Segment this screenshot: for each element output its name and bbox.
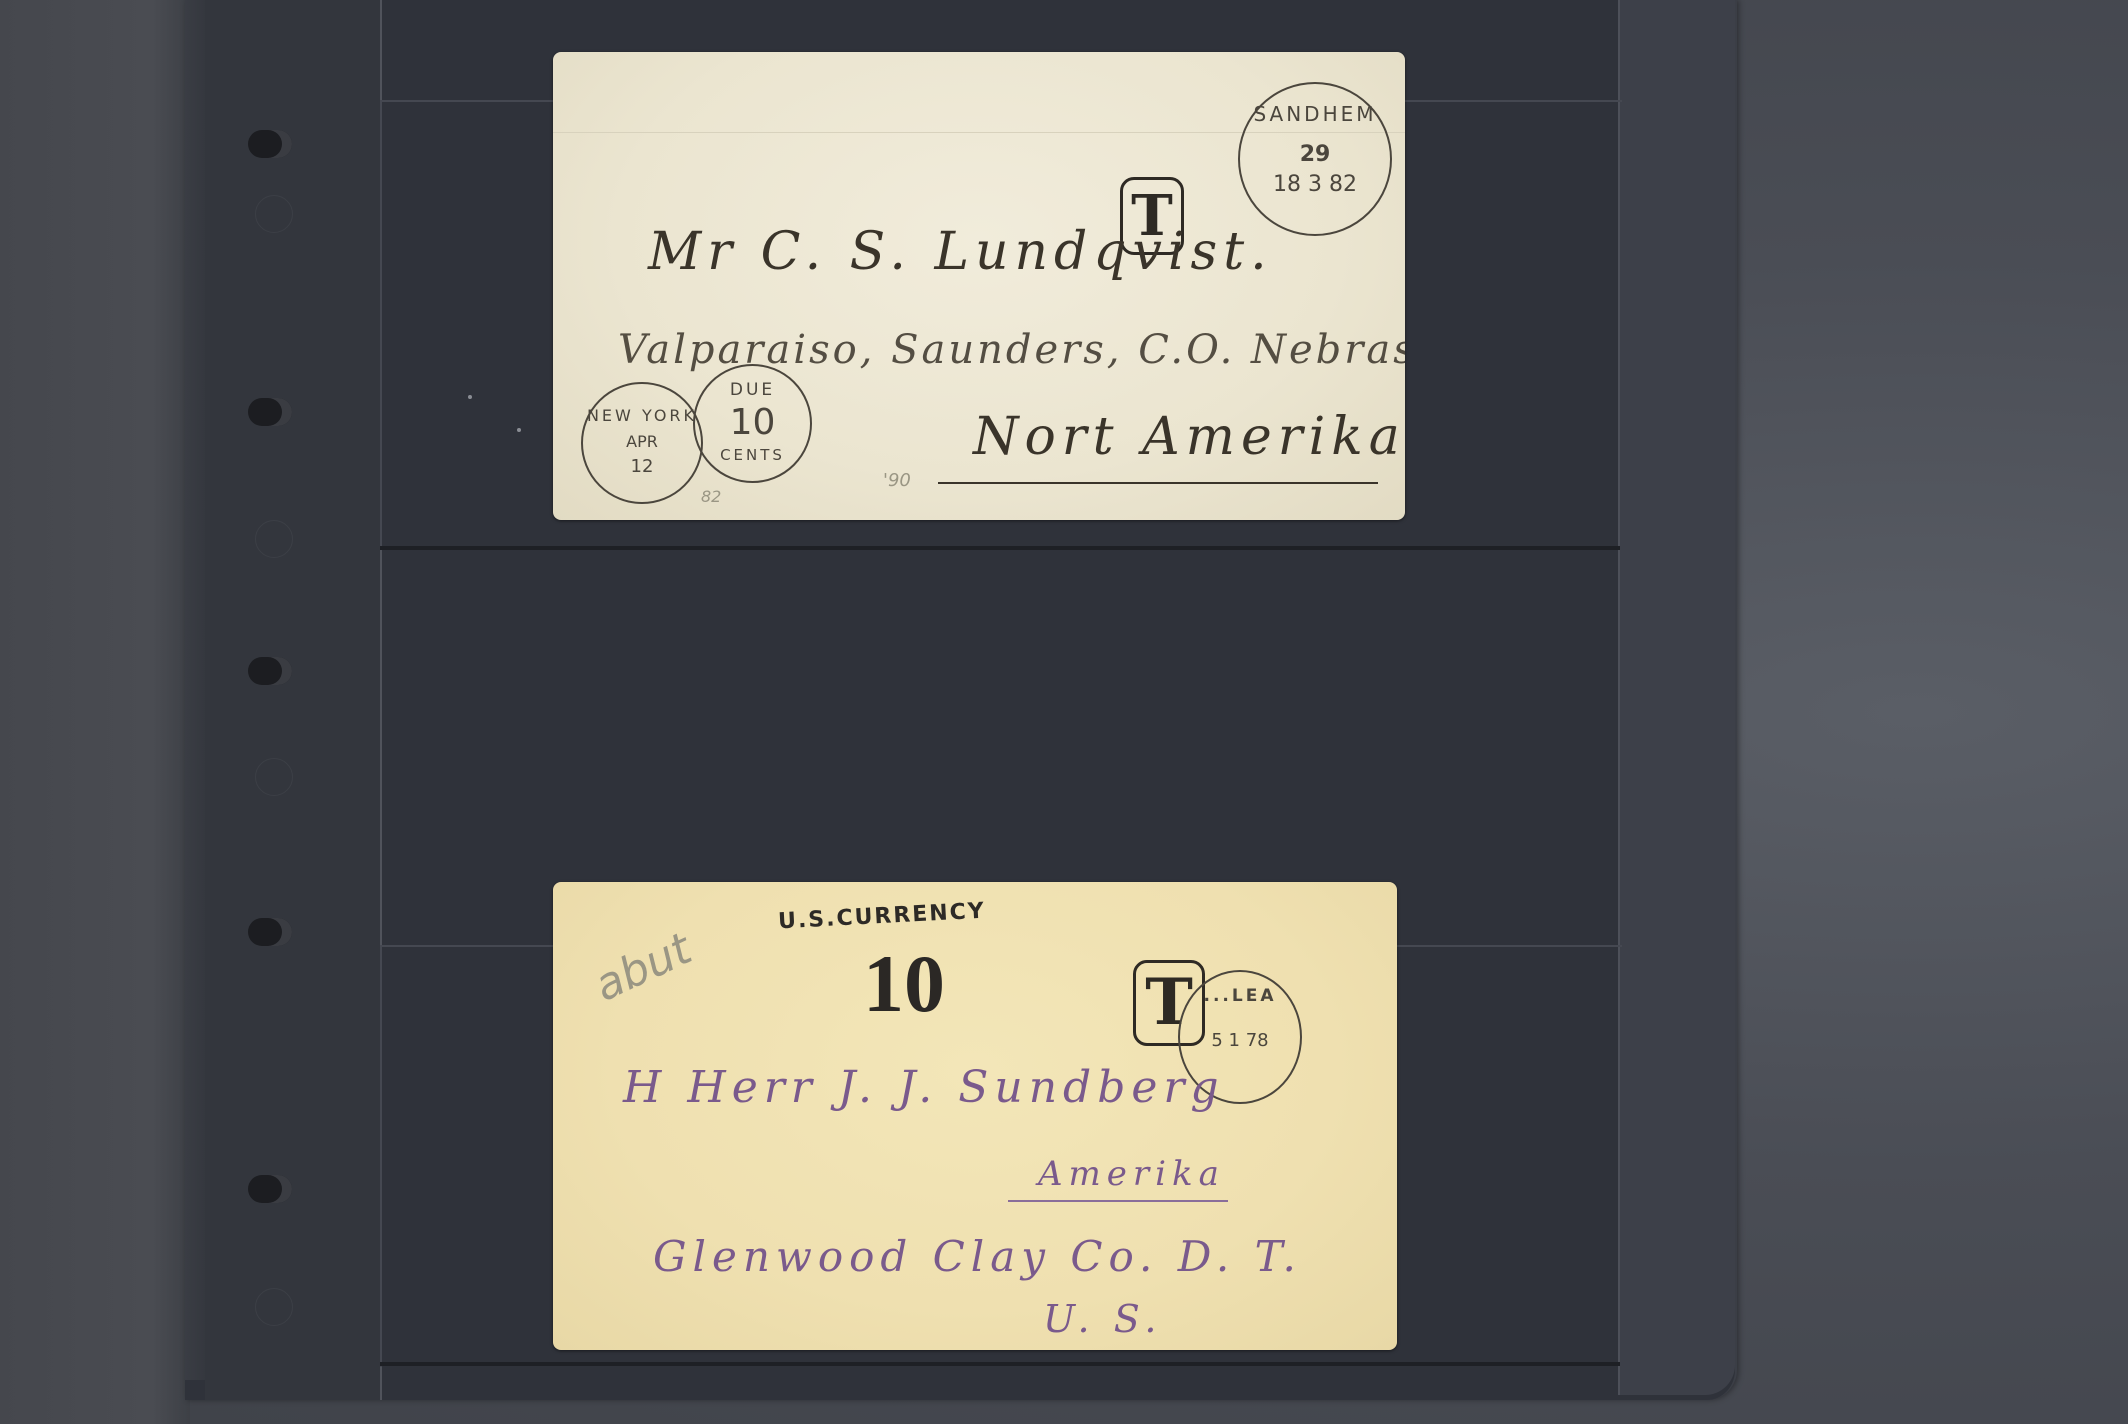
sandhem-postmark: SANDHEM 29 18 3 82 <box>1238 82 1392 236</box>
postmark-date: 18 3 82 <box>1240 172 1390 197</box>
cover-2[interactable]: U.S.CURRENCY 10 abut T ...LEA 5 1 78 H H… <box>553 882 1397 1350</box>
pencil-note-year: 82 <box>701 487 721 506</box>
binder-hole-ghost <box>255 758 293 796</box>
pocket-edge-1 <box>380 546 1620 550</box>
due-value: 10 <box>695 402 810 443</box>
address-line-3: Nort Amerika <box>973 407 1405 467</box>
binder-hole-ghost <box>255 195 293 233</box>
due-label: DUE <box>695 380 810 400</box>
pocket-edge-2 <box>380 1362 1620 1366</box>
dust-speck <box>468 395 472 399</box>
postmark-town: SANDHEM <box>1240 102 1390 126</box>
cover-1[interactable]: SANDHEM 29 18 3 82 T Mr C. S. Lundqvist.… <box>553 52 1405 520</box>
address-underline <box>1008 1200 1228 1202</box>
postmark-town: ...LEA <box>1180 986 1300 1006</box>
binder-hole <box>248 918 292 946</box>
address-line-2: Amerika <box>1038 1154 1225 1194</box>
new-york-postmark: NEW YORK APR 12 <box>581 382 703 504</box>
due-10-mark: 10 <box>863 937 945 1031</box>
postmark-day: 29 <box>1240 142 1390 167</box>
postmark-month: APR <box>583 432 701 451</box>
binder-hole <box>248 398 292 426</box>
binder-hole <box>248 1175 292 1203</box>
pencil-note: abut <box>587 923 699 1011</box>
binder-hole-ghost <box>255 1288 293 1326</box>
binder-hole <box>248 130 292 158</box>
binder-hole-ghost <box>255 520 293 558</box>
address-line-4: U. S. <box>1043 1297 1162 1341</box>
page-right-margin <box>1618 0 1735 1395</box>
due-10-cents-mark: DUE 10 CENTS <box>693 364 812 483</box>
address-line-1: Mr C. S. Lundqvist. <box>648 222 1273 282</box>
binder-strip <box>205 0 382 1400</box>
address-line-3: Glenwood Clay Co. D. T. <box>653 1232 1302 1281</box>
background-table <box>0 0 190 1424</box>
postmark-day: 12 <box>583 456 701 477</box>
address-line-1: H Herr J. J. Sundberg <box>623 1062 1225 1113</box>
postmark-town: NEW YORK <box>583 406 701 425</box>
us-currency-mark: U.S.CURRENCY <box>777 899 986 935</box>
due-unit: CENTS <box>695 446 810 464</box>
dust-speck <box>517 428 521 432</box>
postmark-date: 5 1 78 <box>1180 1030 1300 1051</box>
binder-hole <box>248 657 292 685</box>
pencil-note-mark: '90 <box>883 470 911 491</box>
address-underline <box>938 482 1378 484</box>
